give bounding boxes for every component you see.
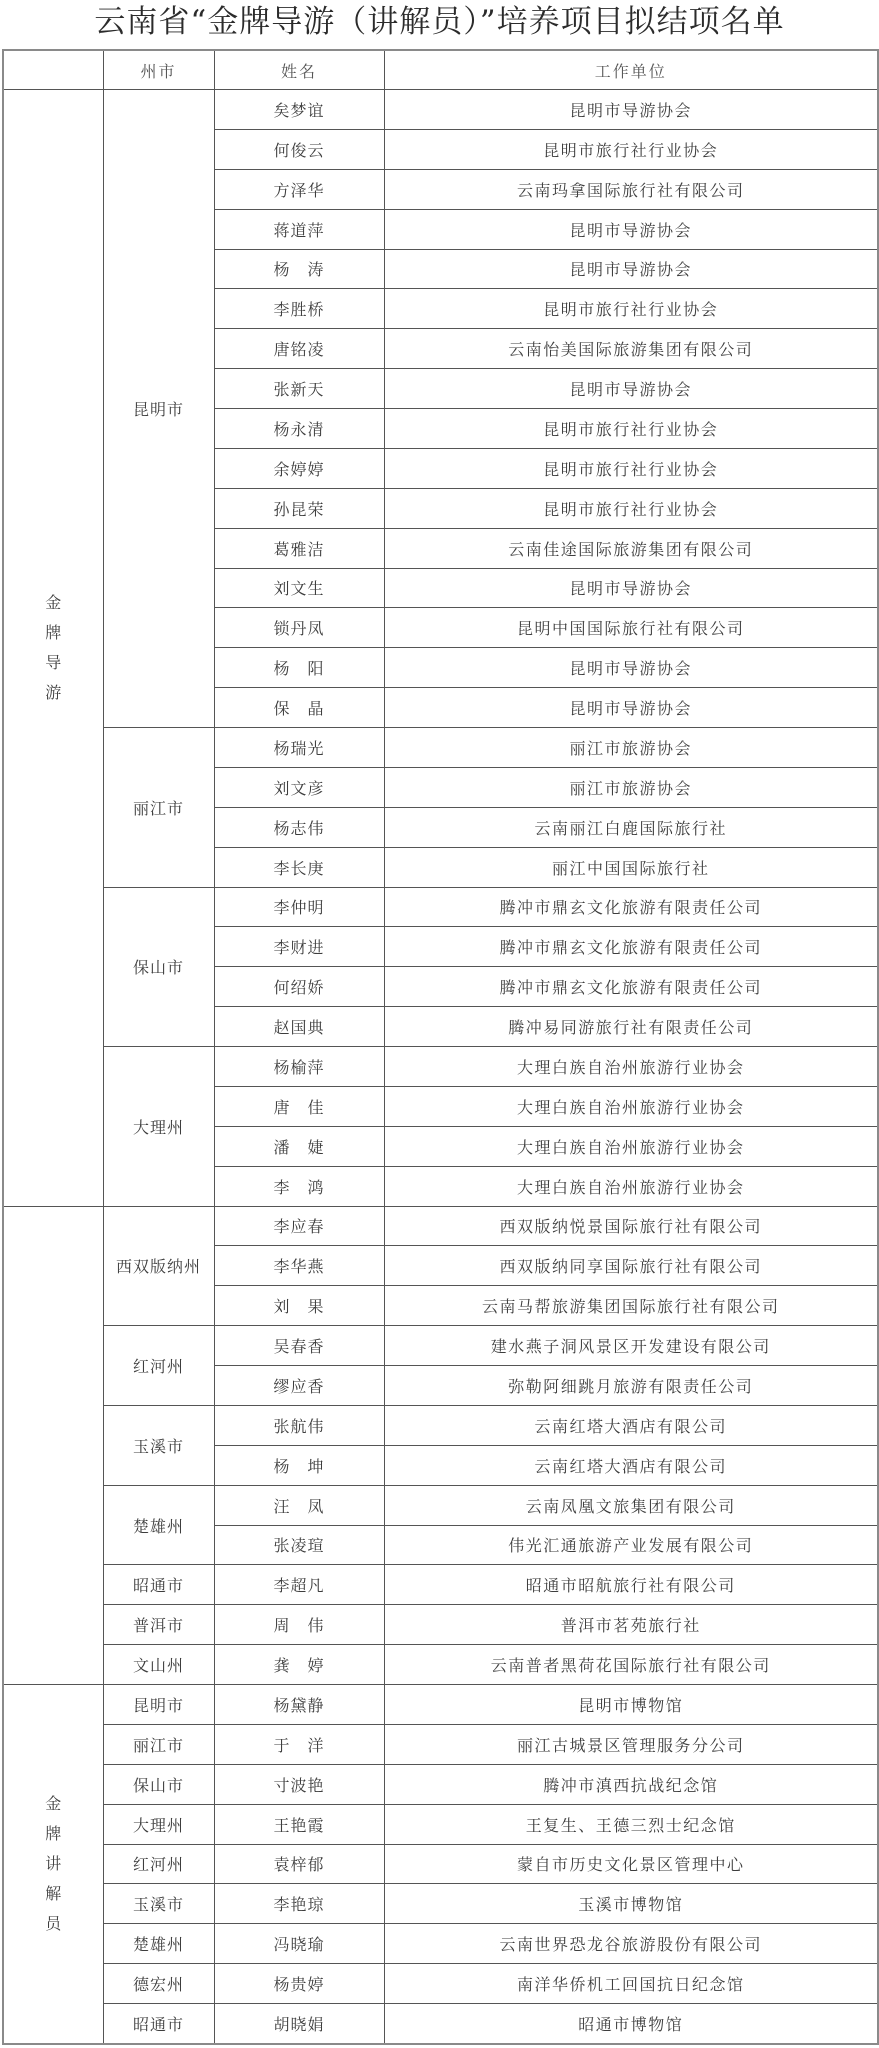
work-unit-cell: 云南红塔大酒店有限公司: [384, 1445, 878, 1485]
region-cell: 文山州: [103, 1645, 214, 1685]
work-unit-cell: 南洋华侨机工回国抗日纪念馆: [384, 1964, 878, 2004]
work-unit-cell: 腾冲市鼎玄文化旅游有限责任公司: [384, 927, 878, 967]
table-row: 楚雄州冯晓瑜云南世界恐龙谷旅游股份有限公司: [3, 1924, 878, 1964]
work-unit-cell: 昆明市导游协会: [384, 648, 878, 688]
table-row: 丽江市杨瑞光丽江市旅游协会: [3, 728, 878, 768]
table-row: 玉溪市张航伟云南红塔大酒店有限公司: [3, 1405, 878, 1445]
name-cell: 汪 凤: [214, 1485, 384, 1525]
work-unit-cell: 大理白族自治州旅游行业协会: [384, 1126, 878, 1166]
name-cell: 余婷婷: [214, 448, 384, 488]
name-cell: 于 洋: [214, 1724, 384, 1764]
name-cell: 杨 涛: [214, 249, 384, 289]
name-cell: 胡晓娟: [214, 2004, 384, 2044]
name-cell: 李胜桥: [214, 289, 384, 329]
name-cell: 龚 婷: [214, 1645, 384, 1685]
name-cell: 袁梓郁: [214, 1844, 384, 1884]
work-unit-cell: 昆明市导游协会: [384, 568, 878, 608]
work-unit-cell: 云南世界恐龙谷旅游股份有限公司: [384, 1924, 878, 1964]
name-cell: 唐 佳: [214, 1086, 384, 1126]
work-unit-cell: 丽江市旅游协会: [384, 767, 878, 807]
work-unit-cell: 昆明市旅行社行业协会: [384, 409, 878, 449]
name-cell: 李长庚: [214, 847, 384, 887]
name-cell: 李超凡: [214, 1565, 384, 1605]
work-unit-cell: 王复生、王德三烈士纪念馆: [384, 1804, 878, 1844]
work-unit-cell: 昭通市博物馆: [384, 2004, 878, 2044]
work-unit-cell: 云南怡美国际旅游集团有限公司: [384, 329, 878, 369]
table-row: 玉溪市李艳琼玉溪市博物馆: [3, 1884, 878, 1924]
work-unit-cell: 云南佳途国际旅游集团有限公司: [384, 528, 878, 568]
work-unit-cell: 丽江中国国际旅行社: [384, 847, 878, 887]
work-unit-cell: 腾冲市滇西抗战纪念馆: [384, 1764, 878, 1804]
table-row: 文山州龚 婷云南普者黑荷花国际旅行社有限公司: [3, 1645, 878, 1685]
name-cell: 李仲明: [214, 887, 384, 927]
name-cell: 杨黛静: [214, 1685, 384, 1725]
work-unit-cell: 腾冲易同游旅行社有限责任公司: [384, 1007, 878, 1047]
work-unit-cell: 昆明市旅行社行业协会: [384, 129, 878, 169]
name-cell: 唐铭凌: [214, 329, 384, 369]
work-unit-cell: 云南玛拿国际旅行社有限公司: [384, 169, 878, 209]
table-row: 红河州袁梓郁蒙自市历史文化景区管理中心: [3, 1844, 878, 1884]
roster-body: 金牌导游昆明市矣梦谊昆明市导游协会何俊云昆明市旅行社行业协会方泽华云南玛拿国际旅…: [3, 90, 878, 2044]
table-row: 保山市寸波艳腾冲市滇西抗战纪念馆: [3, 1764, 878, 1804]
name-cell: 锁丹凤: [214, 608, 384, 648]
name-cell: 杨永清: [214, 409, 384, 449]
name-cell: 赵国典: [214, 1007, 384, 1047]
work-unit-cell: 昆明中国国际旅行社有限公司: [384, 608, 878, 648]
work-unit-cell: 昆明市导游协会: [384, 249, 878, 289]
table-row: 德宏州杨贵婷南洋华侨机工回国抗日纪念馆: [3, 1964, 878, 2004]
category-cell: 金牌导游: [3, 90, 103, 1207]
work-unit-cell: 昆明市导游协会: [384, 90, 878, 130]
work-unit-cell: 大理白族自治州旅游行业协会: [384, 1047, 878, 1087]
name-cell: 刘文生: [214, 568, 384, 608]
table-header-row: 州市 姓名 工作单位: [3, 50, 878, 90]
region-cell: 昆明市: [103, 90, 214, 728]
work-unit-cell: 昆明市博物馆: [384, 1685, 878, 1725]
name-cell: 刘 果: [214, 1286, 384, 1326]
name-cell: 方泽华: [214, 169, 384, 209]
work-unit-cell: 云南马帮旅游集团国际旅行社有限公司: [384, 1286, 878, 1326]
name-cell: 杨志伟: [214, 807, 384, 847]
name-cell: 杨榆萍: [214, 1047, 384, 1087]
name-cell: 何绍娇: [214, 967, 384, 1007]
work-unit-cell: 伟光汇通旅游产业发展有限公司: [384, 1525, 878, 1565]
table-row: 金牌导游昆明市矣梦谊昆明市导游协会: [3, 90, 878, 130]
category-label: 金牌导游: [43, 588, 63, 708]
roster-table: 州市 姓名 工作单位 金牌导游昆明市矣梦谊昆明市导游协会何俊云昆明市旅行社行业协…: [2, 49, 879, 2045]
name-cell: 杨 阳: [214, 648, 384, 688]
table-row: 普洱市周 伟普洱市茗苑旅行社: [3, 1605, 878, 1645]
category-cell: 金牌讲解员: [3, 1685, 103, 2044]
header-region: 州市: [103, 50, 214, 90]
work-unit-cell: 昆明市导游协会: [384, 209, 878, 249]
name-cell: 吴春香: [214, 1326, 384, 1366]
work-unit-cell: 昆明市旅行社行业协会: [384, 488, 878, 528]
work-unit-cell: 普洱市茗苑旅行社: [384, 1605, 878, 1645]
name-cell: 张凌瑄: [214, 1525, 384, 1565]
name-cell: 保 晶: [214, 688, 384, 728]
name-cell: 李艳琼: [214, 1884, 384, 1924]
work-unit-cell: 昆明市旅行社行业协会: [384, 289, 878, 329]
header-name: 姓名: [214, 50, 384, 90]
region-cell: 大理州: [103, 1804, 214, 1844]
region-cell: 玉溪市: [103, 1884, 214, 1924]
name-cell: 王艳霞: [214, 1804, 384, 1844]
table-row: 金牌讲解员昆明市杨黛静昆明市博物馆: [3, 1685, 878, 1725]
name-cell: 蒋道萍: [214, 209, 384, 249]
work-unit-cell: 昆明市旅行社行业协会: [384, 448, 878, 488]
region-cell: 楚雄州: [103, 1924, 214, 1964]
work-unit-cell: 云南普者黑荷花国际旅行社有限公司: [384, 1645, 878, 1685]
region-cell: 大理州: [103, 1047, 214, 1207]
header-unit: 工作单位: [384, 50, 878, 90]
region-cell: 丽江市: [103, 1724, 214, 1764]
name-cell: 何俊云: [214, 129, 384, 169]
table-row: 丽江市于 洋丽江古城景区管理服务分公司: [3, 1724, 878, 1764]
name-cell: 杨贵婷: [214, 1964, 384, 2004]
work-unit-cell: 昭通市昭航旅行社有限公司: [384, 1565, 878, 1605]
work-unit-cell: 建水燕子洞风景区开发建设有限公司: [384, 1326, 878, 1366]
name-cell: 周 伟: [214, 1605, 384, 1645]
name-cell: 李应春: [214, 1206, 384, 1246]
region-cell: 昭通市: [103, 2004, 214, 2044]
work-unit-cell: 云南红塔大酒店有限公司: [384, 1405, 878, 1445]
work-unit-cell: 昆明市导游协会: [384, 369, 878, 409]
region-cell: 丽江市: [103, 728, 214, 888]
name-cell: 李财进: [214, 927, 384, 967]
table-row: 大理州杨榆萍大理白族自治州旅游行业协会: [3, 1047, 878, 1087]
work-unit-cell: 云南凤凰文旅集团有限公司: [384, 1485, 878, 1525]
name-cell: 杨 坤: [214, 1445, 384, 1485]
region-cell: 西双版纳州: [103, 1206, 214, 1326]
table-row: 昭通市胡晓娟昭通市博物馆: [3, 2004, 878, 2044]
work-unit-cell: 云南丽江白鹿国际旅行社: [384, 807, 878, 847]
work-unit-cell: 玉溪市博物馆: [384, 1884, 878, 1924]
table-row: 保山市李仲明腾冲市鼎玄文化旅游有限责任公司: [3, 887, 878, 927]
region-cell: 普洱市: [103, 1605, 214, 1645]
work-unit-cell: 西双版纳悦景国际旅行社有限公司: [384, 1206, 878, 1246]
region-cell: 昭通市: [103, 1565, 214, 1605]
work-unit-cell: 腾冲市鼎玄文化旅游有限责任公司: [384, 967, 878, 1007]
work-unit-cell: 丽江市旅游协会: [384, 728, 878, 768]
region-cell: 德宏州: [103, 1964, 214, 2004]
table-row: 西双版纳州李应春西双版纳悦景国际旅行社有限公司: [3, 1206, 878, 1246]
region-cell: 昆明市: [103, 1685, 214, 1725]
name-cell: 矣梦谊: [214, 90, 384, 130]
category-label: 金牌讲解员: [43, 1789, 63, 1939]
work-unit-cell: 昆明市导游协会: [384, 688, 878, 728]
region-cell: 红河州: [103, 1844, 214, 1884]
table-row: 楚雄州汪 凤云南凤凰文旅集团有限公司: [3, 1485, 878, 1525]
name-cell: 李华燕: [214, 1246, 384, 1286]
work-unit-cell: 西双版纳同享国际旅行社有限公司: [384, 1246, 878, 1286]
document-title: 云南省“金牌导游（讲解员）”培养项目拟结项名单: [0, 0, 879, 44]
category-cell: [3, 1206, 103, 1685]
work-unit-cell: 大理白族自治州旅游行业协会: [384, 1086, 878, 1126]
region-cell: 红河州: [103, 1326, 214, 1406]
table-row: 红河州吴春香建水燕子洞风景区开发建设有限公司: [3, 1326, 878, 1366]
name-cell: 冯晓瑜: [214, 1924, 384, 1964]
name-cell: 孙昆荣: [214, 488, 384, 528]
table-row: 昭通市李超凡昭通市昭航旅行社有限公司: [3, 1565, 878, 1605]
region-cell: 保山市: [103, 887, 214, 1047]
work-unit-cell: 丽江古城景区管理服务分公司: [384, 1724, 878, 1764]
name-cell: 潘 婕: [214, 1126, 384, 1166]
name-cell: 缪应香: [214, 1366, 384, 1406]
name-cell: 张新天: [214, 369, 384, 409]
table-row: 大理州王艳霞王复生、王德三烈士纪念馆: [3, 1804, 878, 1844]
region-cell: 楚雄州: [103, 1485, 214, 1565]
work-unit-cell: 蒙自市历史文化景区管理中心: [384, 1844, 878, 1884]
work-unit-cell: 弥勒阿细跳月旅游有限责任公司: [384, 1366, 878, 1406]
name-cell: 刘文彦: [214, 767, 384, 807]
work-unit-cell: 大理白族自治州旅游行业协会: [384, 1166, 878, 1206]
name-cell: 张航伟: [214, 1405, 384, 1445]
name-cell: 杨瑞光: [214, 728, 384, 768]
name-cell: 李 鸿: [214, 1166, 384, 1206]
header-category: [3, 50, 103, 90]
region-cell: 玉溪市: [103, 1405, 214, 1485]
name-cell: 葛雅洁: [214, 528, 384, 568]
work-unit-cell: 腾冲市鼎玄文化旅游有限责任公司: [384, 887, 878, 927]
name-cell: 寸波艳: [214, 1764, 384, 1804]
region-cell: 保山市: [103, 1764, 214, 1804]
